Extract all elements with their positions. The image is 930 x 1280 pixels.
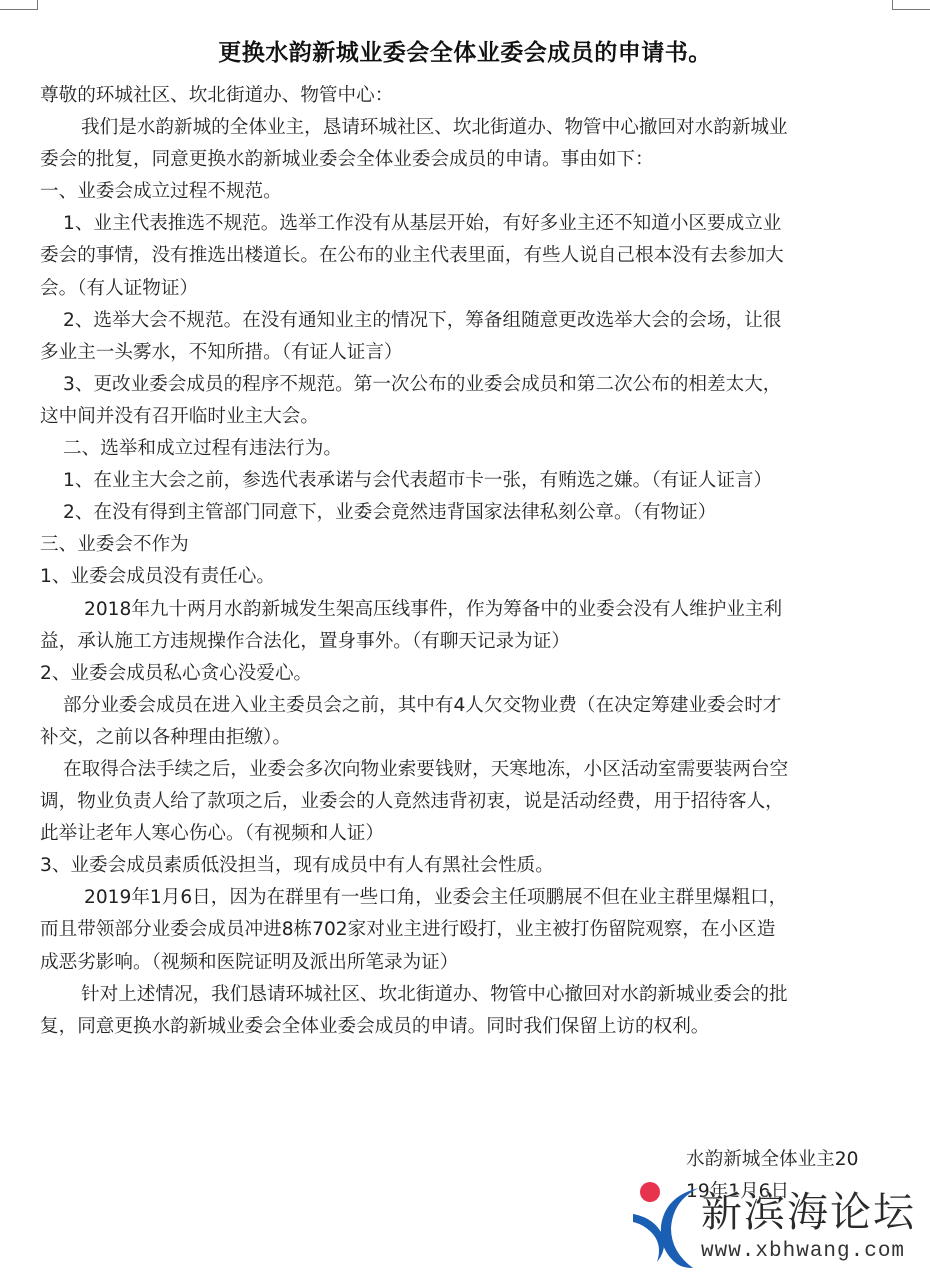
forum-logo-icon (633, 1178, 703, 1270)
corner-crop-mark-left (0, 0, 38, 10)
text-line: 3、业委会成员素质低没担当，现有成员中有人有黑社会性质。 (40, 850, 892, 882)
text-line: 我们是水韵新城的全体业主，恳请环城社区、坎北街道办、物管中心撤回对水韵新城业 (40, 112, 892, 144)
text-line: 一、业委会成立过程不规范。 (40, 176, 892, 208)
site-watermark: 新滨海论坛 www.xbhwang.com (633, 1178, 930, 1274)
signature-line-1: 水韵新城全体业主20 (686, 1144, 858, 1176)
watermark-url: www.xbhwang.com (701, 1240, 905, 1263)
text-line: 益，承认施工方违规操作合法化，置身事外。（有聊天记录为证） (40, 626, 892, 658)
text-line: 委会的事情，没有推选出楼道长。在公布的业主代表里面，有些人说自己根本没有去参加大 (40, 240, 892, 272)
text-line: 二、选举和成立过程有违法行为。 (40, 433, 892, 465)
text-line: 调，物业负责人给了款项之后，业委会的人竟然违背初衷，说是活动经费，用于招待客人， (40, 786, 892, 818)
watermark-site-name: 新滨海论坛 (701, 1188, 916, 1236)
text-line: 1、业委会成员没有责任心。 (40, 561, 892, 593)
text-line: 尊敬的环城社区、坎北街道办、物管中心： (40, 80, 892, 112)
text-line: 三、业委会不作为 (40, 529, 892, 561)
text-line: 复，同意更换水韵新城业委会全体业委会成员的申请。同时我们保留上访的权利。 (40, 1011, 892, 1043)
text-line: 在取得合法手续之后，业委会多次向物业索要钱财，天寒地冻，小区活动室需要装两台空 (40, 754, 892, 786)
text-line: 2、业委会成员私心贪心没爱心。 (40, 658, 892, 690)
text-line: 2019年1月6日，因为在群里有一些口角，业委会主任项鹏展不但在业主群里爆粗口， (40, 882, 892, 914)
text-line: 补交，之前以各种理由拒缴）。 (40, 722, 892, 754)
text-line: 1、业主代表推选不规范。选举工作没有从基层开始，有好多业主还不知道小区要成立业 (40, 208, 892, 240)
text-line: 2018年九十两月水韵新城发生架高压线事件，作为筹备中的业委会没有人维护业主利 (40, 594, 892, 626)
text-line: 针对上述情况，我们恳请环城社区、坎北街道办、物管中心撤回对水韵新城业委会的批 (40, 979, 892, 1011)
text-line: 委会的批复，同意更换水韵新城业委会全体业委会成员的申请。事由如下： (40, 144, 892, 176)
corner-crop-mark-right (892, 0, 930, 10)
text-line: 1、在业主大会之前，参选代表承诺与会代表超市卡一张，有贿选之嫌。（有证人证言） (40, 465, 892, 497)
text-line: 而且带领部分业委会成员冲进8栋702家对业主进行殴打，业主被打伤留院观察，在小区… (40, 914, 892, 946)
text-line: 2、在没有得到主管部门同意下，业委会竟然违背国家法律私刻公章。（有物证） (40, 497, 892, 529)
document-title: 更换水韵新城业委会全体业委会成员的申请书。 (0, 34, 930, 67)
text-line: 多业主一头雾水，不知所措。（有证人证言） (40, 337, 892, 369)
text-line: 会。（有人证物证） (40, 273, 892, 305)
text-line: 成恶劣影响。（视频和医院证明及派出所笔录为证） (40, 947, 892, 979)
text-line: 部分业委会成员在进入业主委员会之前，其中有4人欠交物业费（在决定筹建业委会时才 (40, 690, 892, 722)
text-line: 2、选举大会不规范。在没有通知业主的情况下，筹备组随意更改选举大会的会场，让很 (40, 305, 892, 337)
text-line: 此举让老年人寒心伤心。（有视频和人证） (40, 818, 892, 850)
text-line: 这中间并没有召开临时业主大会。 (40, 401, 892, 433)
document-body: 尊敬的环城社区、坎北街道办、物管中心： 我们是水韵新城的全体业主，恳请环城社区、… (40, 80, 892, 1043)
text-line: 3、更改业委会成员的程序不规范。第一次公布的业委会成员和第二次公布的相差太大， (40, 369, 892, 401)
